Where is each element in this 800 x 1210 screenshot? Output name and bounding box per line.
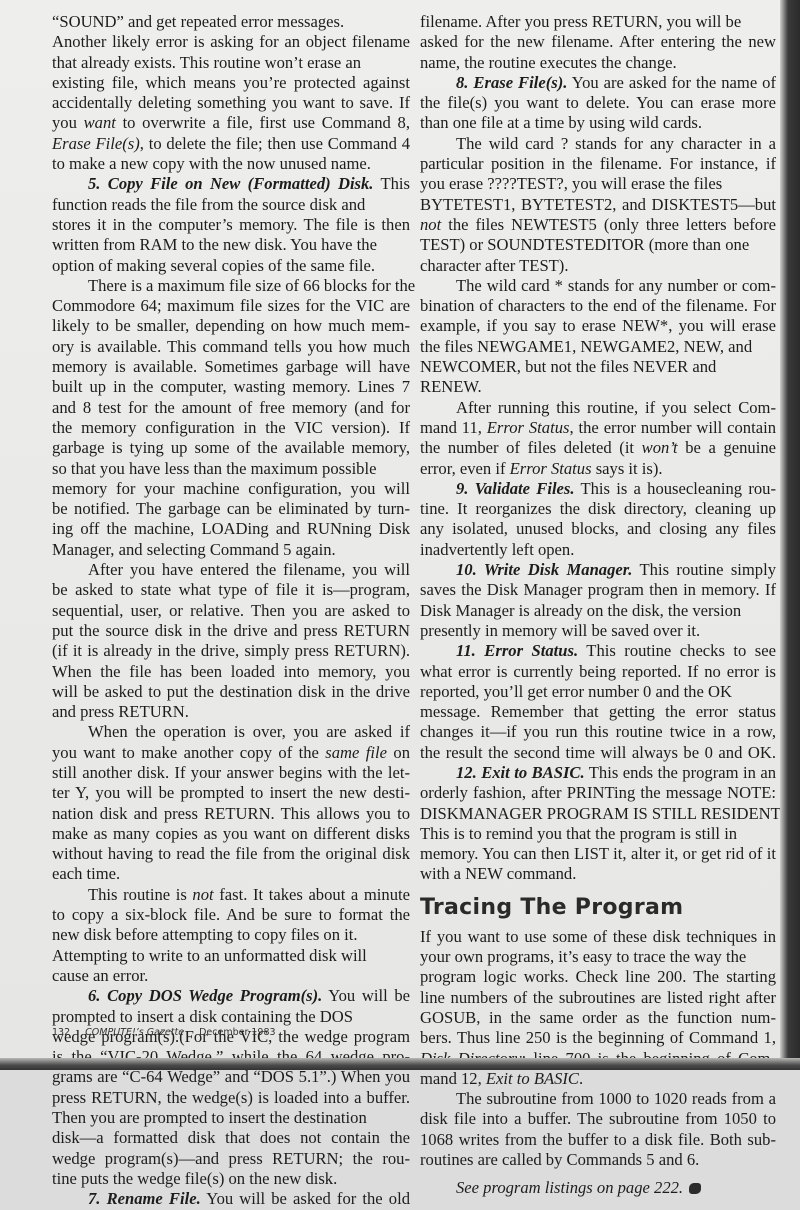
text-line: the number of files deleted (it won’t be… xyxy=(420,438,776,458)
text-run: fast. It takes about a minute xyxy=(214,885,410,904)
emphasis-text: same file xyxy=(325,743,387,762)
emphasis-text: Error Status xyxy=(510,459,592,478)
text-line: After running this routine, if you selec… xyxy=(420,398,776,418)
text-run: , the error number will contain xyxy=(569,418,776,437)
text-line: that already exists. This routine won’t … xyxy=(52,53,410,73)
text-run: This routine simply xyxy=(632,560,776,579)
text-line: This routine is not fast. It takes about… xyxy=(52,885,410,905)
text-run: says it is). xyxy=(592,459,663,478)
text-line: When the file has been loaded into memor… xyxy=(52,662,410,682)
text-line: asked for the new filename. After enteri… xyxy=(420,32,776,52)
text-line: ing off the machine, LOADing and RUNning… xyxy=(52,519,410,539)
text-line: accidentally deleting something you want… xyxy=(52,93,410,113)
text-line: There is a maximum file size of 66 block… xyxy=(52,276,410,296)
text-line: inadvertently left open. xyxy=(420,540,776,560)
text-line: orderly fashion, after PRINTing the mess… xyxy=(420,783,776,803)
subsection-title: 12. Exit to BASIC. xyxy=(456,763,585,782)
text-line: 11. Error Status. This routine checks to… xyxy=(420,641,776,661)
text-line: nation disk and press RETURN. This allow… xyxy=(52,804,410,824)
text-line: so that you have less than the maximum p… xyxy=(52,459,410,479)
text-run: This ends the program in an xyxy=(585,763,776,782)
publication-name: COMPUTE!’s Gazette xyxy=(85,1027,184,1038)
emphasis-text: won’t xyxy=(642,438,678,457)
text-line: your own programs, it’s easy to trace th… xyxy=(420,947,776,967)
text-line: Erase File(s), to delete the file; then … xyxy=(52,134,410,154)
text-line: new disk before attempting to copy files… xyxy=(52,925,410,945)
text-line: GOSUB, in the same order as the function… xyxy=(420,1008,776,1028)
text-line: saves the Disk Manager program then in m… xyxy=(420,580,776,600)
text-run: you want to make another copy of the xyxy=(52,743,325,762)
page-number: 132 xyxy=(52,1027,70,1038)
text-run: be a genuine xyxy=(678,438,776,457)
text-run: error, even if xyxy=(420,459,510,478)
text-line: 8. Erase File(s). You are asked for the … xyxy=(420,73,776,93)
text-run: mand 11, xyxy=(420,418,487,437)
page-edge-shadow xyxy=(780,0,800,1070)
text-run: , to delete the file; then use Command 4 xyxy=(140,134,410,153)
text-line: make as many copies as you want on diffe… xyxy=(52,824,410,844)
text-line: ory is available. This command tells you… xyxy=(52,337,410,357)
text-line: 10. Write Disk Manager. This routine sim… xyxy=(420,560,776,580)
emphasis-text: Error Status xyxy=(487,418,570,437)
text-line: not the files NEWTEST5 (only three lette… xyxy=(420,215,776,235)
emphasis-text: not xyxy=(420,215,441,234)
left-column: “SOUND” and get repeated error messages.… xyxy=(52,12,410,1070)
text-line: function reads the file from the source … xyxy=(52,195,410,215)
text-run: You are asked for the name of xyxy=(567,73,776,92)
text-run: This routine is xyxy=(88,885,192,904)
issue-date: December 1983 xyxy=(199,1027,275,1038)
text-line: to copy a six-block file. And be sure to… xyxy=(52,905,410,925)
text-line: each time. xyxy=(52,864,410,884)
text-line: the file(s) you want to delete. You can … xyxy=(420,93,776,113)
text-line: and press RETURN. xyxy=(52,702,410,722)
text-line: mand 11, Error Status, the error number … xyxy=(420,418,776,438)
text-line: bination of characters to the end of the… xyxy=(420,296,776,316)
emphasis-text: want xyxy=(84,113,116,132)
text-line: presently in memory will be saved over i… xyxy=(420,621,776,641)
text-line: changes it—if you run this routine twice… xyxy=(420,722,776,742)
text-line: NEWCOMER, but not the files NEVER and xyxy=(420,357,776,377)
text-run: to overwrite a file, first use Command 8… xyxy=(116,113,410,132)
text-line: cause an error. xyxy=(52,966,410,986)
text-line: bers. Thus line 250 is the beginning of … xyxy=(420,1028,776,1048)
text-line: the memory configuration in the VIC vers… xyxy=(52,418,410,438)
subsection-title: 10. Write Disk Manager. xyxy=(456,560,632,579)
text-line: RENEW. xyxy=(420,377,776,397)
text-line: be asked to state what type of file it i… xyxy=(52,580,410,600)
text-line: Manager, and selecting Command 5 again. xyxy=(52,540,410,560)
page-footer: 132 COMPUTE!’s Gazette December 1983 xyxy=(52,1027,288,1038)
text-line: BYTETEST1, BYTETEST2, and DISKTEST5—but xyxy=(420,195,776,215)
right-column-body-bottom: If you want to use some of these disk te… xyxy=(420,927,776,1070)
text-line: sequential, user, or relative. Then you … xyxy=(52,601,410,621)
text-line: 6. Copy DOS Wedge Program(s). You will b… xyxy=(52,986,410,1006)
text-run: the number of files deleted (it xyxy=(420,438,642,457)
text-line: you erase ????TEST?, you will erase the … xyxy=(420,174,776,194)
emphasis-text: Erase File(s) xyxy=(52,134,140,153)
subsection-title: 9. Validate Files. xyxy=(456,479,575,498)
text-line: likely to be smaller, depending on how m… xyxy=(52,316,410,336)
text-line: program logic works. Check line 200. The… xyxy=(420,967,776,987)
text-run: the files NEWTEST5 (only three letters b… xyxy=(441,215,776,234)
text-line: ter Y, you will be prompted to insert th… xyxy=(52,783,410,803)
text-line: prompted to insert a disk containing the… xyxy=(52,1007,410,1027)
text-line: than one file at a time by using wild ca… xyxy=(420,113,776,133)
text-line: message. Remember that getting the error… xyxy=(420,702,776,722)
text-line: you want to make another copy of the sam… xyxy=(52,743,410,763)
text-line: to make a new copy with the now unused n… xyxy=(52,154,410,174)
text-line: filename. After you press RETURN, you wi… xyxy=(420,12,776,32)
subsection-title: 5. Copy File on New (Formatted) Disk. xyxy=(88,174,373,193)
magazine-page: “SOUND” and get repeated error messages.… xyxy=(0,0,788,1058)
text-line: If you want to use some of these disk te… xyxy=(420,927,776,947)
text-line: reported, you’ll get error number 0 and … xyxy=(420,682,776,702)
text-line: Disk Manager is already on the disk, the… xyxy=(420,601,776,621)
text-line: 5. Copy File on New (Formatted) Disk. Th… xyxy=(52,174,410,194)
text-line: The wild card * stands for any number or… xyxy=(420,276,776,296)
text-line: you want to overwrite a file, first use … xyxy=(52,113,410,133)
text-line: 12. Exit to BASIC. This ends the program… xyxy=(420,763,776,783)
text-line: TEST) or SOUNDTESTEDITOR (more than one xyxy=(420,235,776,255)
section-heading: Tracing The Program xyxy=(420,893,776,923)
text-line: The wild card ? stands for any character… xyxy=(420,134,776,154)
text-line: stores it in the computer’s memory. The … xyxy=(52,215,410,235)
right-column-body-top: filename. After you press RETURN, you wi… xyxy=(420,12,776,885)
text-line: and 8 test for the amount of free memory… xyxy=(52,398,410,418)
text-line: with a NEW command. xyxy=(420,864,776,884)
text-line: Commodore 64; maximum file sizes for the… xyxy=(52,296,410,316)
text-line: will be asked to put the destination dis… xyxy=(52,682,410,702)
text-line: built up in the computer, wasting memory… xyxy=(52,377,410,397)
text-run: This xyxy=(373,174,410,193)
subsection-title: 8. Erase File(s). xyxy=(456,73,567,92)
text-line: existing file, which means you’re protec… xyxy=(52,73,410,93)
text-line: tine. It reorganizes the disk directory,… xyxy=(420,499,776,519)
text-run: you xyxy=(52,113,84,132)
subsection-title: 6. Copy DOS Wedge Program(s). xyxy=(88,986,322,1005)
text-line: line numbers of the subroutines are list… xyxy=(420,988,776,1008)
right-column: filename. After you press RETURN, you wi… xyxy=(420,12,776,1070)
text-line: memory is available. Sometimes garbage w… xyxy=(52,357,410,377)
text-line: Another likely error is asking for an ob… xyxy=(52,32,410,52)
text-line: what error is currently being reported. … xyxy=(420,662,776,682)
emphasis-text: not xyxy=(192,885,213,904)
text-line: name, the routine executes the change. xyxy=(420,53,776,73)
text-line: memory for your machine configuration, y… xyxy=(52,479,410,499)
text-line: written from RAM to the new disk. You ha… xyxy=(52,235,410,255)
text-line: This is to remind you that the program i… xyxy=(420,824,776,844)
subsection-title: 11. Error Status. xyxy=(456,641,578,660)
page-bottom-shadow xyxy=(0,1058,800,1070)
text-run: You will be xyxy=(322,986,410,1005)
text-line: When the operation is over, you are aske… xyxy=(52,722,410,742)
text-run: This is a housecleaning rou- xyxy=(575,479,776,498)
text-line: “SOUND” and get repeated error messages. xyxy=(52,12,410,32)
text-line: example, if you say to erase NEW*, you w… xyxy=(420,316,776,336)
text-line: memory. You can then LIST it, alter it, … xyxy=(420,844,776,864)
text-line: (if it is already in the drive, simply p… xyxy=(52,641,410,661)
text-line: any isolated, unused blocks, and closing… xyxy=(420,519,776,539)
text-line: be notified. The garbage can be eliminat… xyxy=(52,499,410,519)
text-line: garbage is tying up some of the availabl… xyxy=(52,438,410,458)
text-line: DISKMANAGER PROGRAM IS STILL RESIDENT. xyxy=(420,804,776,824)
text-line: particular position in the filename. For… xyxy=(420,154,776,174)
text-line: without having to read the file from the… xyxy=(52,844,410,864)
text-line: After you have entered the filename, you… xyxy=(52,560,410,580)
text-line: option of making several copies of the s… xyxy=(52,256,410,276)
text-line: error, even if Error Status says it is). xyxy=(420,459,776,479)
text-line: the result the second time will always b… xyxy=(420,743,776,763)
text-line: 9. Validate Files. This is a housecleani… xyxy=(420,479,776,499)
text-line: character after TEST). xyxy=(420,256,776,276)
text-line: Attempting to write to an unformatted di… xyxy=(52,946,410,966)
text-line: put the source disk in the drive and pre… xyxy=(52,621,410,641)
text-run: on xyxy=(387,743,410,762)
text-line: the files NEWGAME1, NEWGAME2, NEW, and xyxy=(420,337,776,357)
text-run: This routine checks to see xyxy=(578,641,776,660)
text-line: still another disk. If your answer begin… xyxy=(52,763,410,783)
